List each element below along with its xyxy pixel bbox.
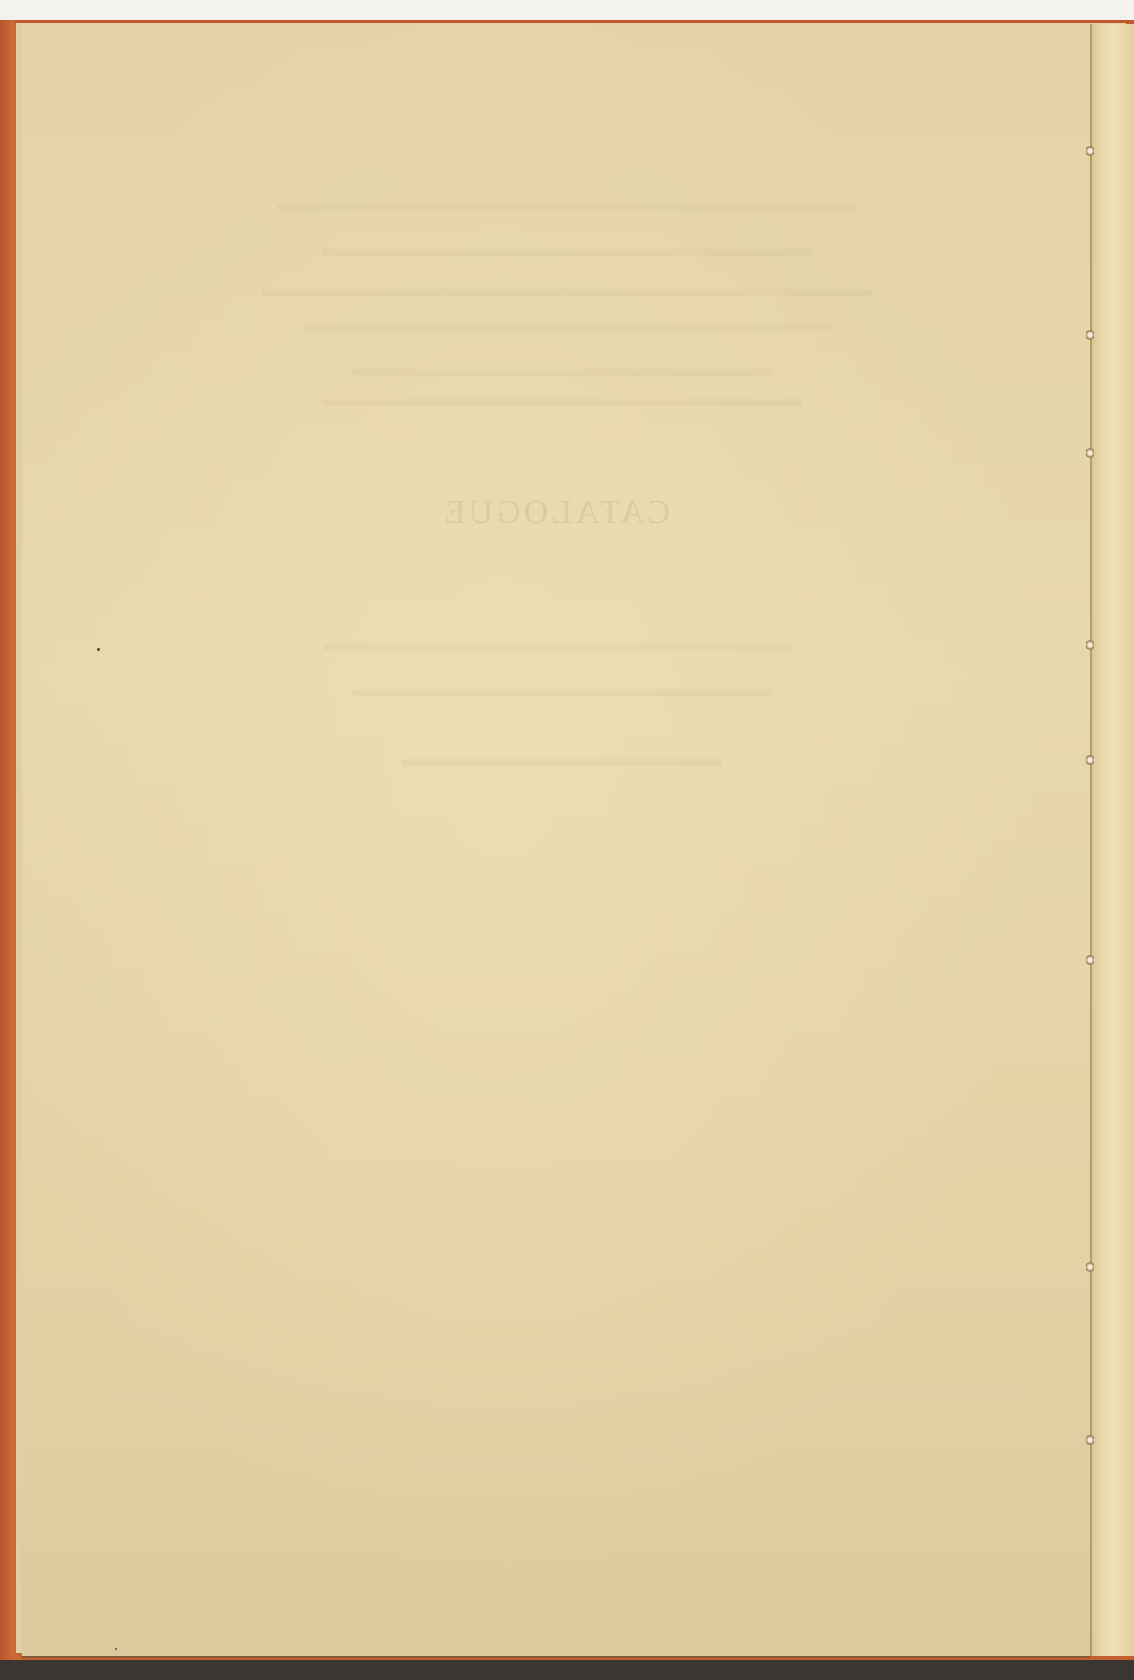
show-through-line — [352, 369, 772, 376]
stitch-hole — [1086, 330, 1094, 340]
show-through-line — [302, 324, 832, 331]
show-through-line — [262, 289, 872, 296]
scanner-bed — [0, 1660, 1134, 1680]
show-through-line — [402, 759, 722, 766]
stitch-hole — [1086, 448, 1094, 458]
stitch-hole — [1086, 1262, 1094, 1272]
scan-top-margin — [0, 0, 1134, 20]
show-through-title: CATALOGUE — [22, 494, 1090, 532]
show-through-line — [352, 689, 772, 696]
paper-speck — [97, 648, 100, 651]
show-through-line — [322, 644, 792, 651]
show-through-line — [322, 249, 812, 256]
stitch-hole — [1086, 146, 1094, 156]
fold-line — [1090, 24, 1092, 1656]
paper-speck — [115, 1648, 117, 1650]
show-through-line — [322, 399, 802, 406]
binding-gutter — [1090, 24, 1134, 1656]
blank-page: CATALOGUE — [22, 24, 1090, 1656]
stitch-hole — [1086, 955, 1094, 965]
show-through-line — [277, 204, 857, 211]
stitch-hole — [1086, 640, 1094, 650]
stitch-hole — [1086, 1435, 1094, 1445]
stitch-hole — [1086, 755, 1094, 765]
